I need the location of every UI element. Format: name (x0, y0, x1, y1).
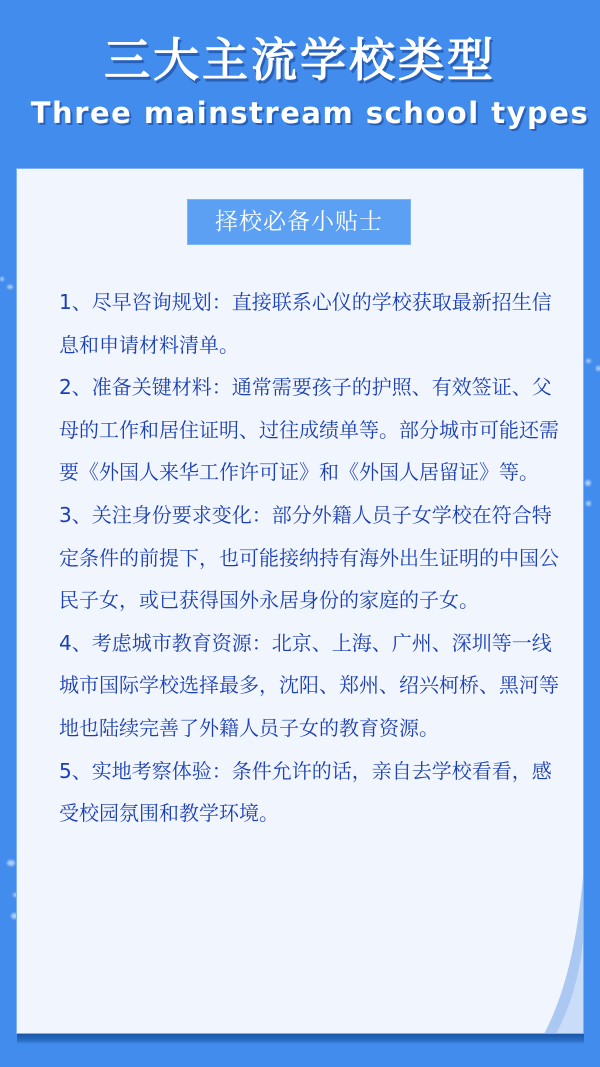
snowflake-decoration (586, 359, 591, 363)
tip-item-3: 3、关注身份要求变化：部分外籍人员子女学校在符合特定条件的前提下，也可能接纳持有… (59, 494, 559, 622)
tip-item-5: 5、实地考察体验：条件允许的话，亲自去学校看看，感受校园氛围和教学环境。 (59, 750, 559, 835)
snowflake-decoration (7, 860, 15, 866)
snowflake-decoration (0, 277, 4, 281)
page-curl-decoration (504, 864, 584, 1034)
snowflake-decoration (585, 480, 591, 486)
tips-badge: 择校必备小贴士 (187, 199, 411, 245)
tip-item-4: 4、考虑城市教育资源：北京、上海、广州、深圳等一线城市国际学校选择最多，沈阳、郑… (59, 622, 559, 750)
tips-list: 1、尽早咨询规划：直接联系心仪的学校获取最新招生信息和申请材料清单。 2、准备关… (59, 281, 559, 835)
snowflake-decoration (7, 285, 13, 289)
page-title-en: Three mainstream school types (0, 96, 600, 130)
snowflake-decoration (586, 501, 591, 506)
snowflake-decoration (596, 366, 600, 371)
tips-card: 择校必备小贴士 1、尽早咨询规划：直接联系心仪的学校获取最新招生信息和申请材料清… (16, 168, 584, 1034)
page-title-cn: 三大主流学校类型 (0, 24, 600, 90)
tip-item-1: 1、尽早咨询规划：直接联系心仪的学校获取最新招生信息和申请材料清单。 (59, 281, 559, 366)
tip-item-2: 2、准备关键材料：通常需要孩子的护照、有效签证、父母的工作和居住证明、过往成绩单… (59, 366, 559, 494)
